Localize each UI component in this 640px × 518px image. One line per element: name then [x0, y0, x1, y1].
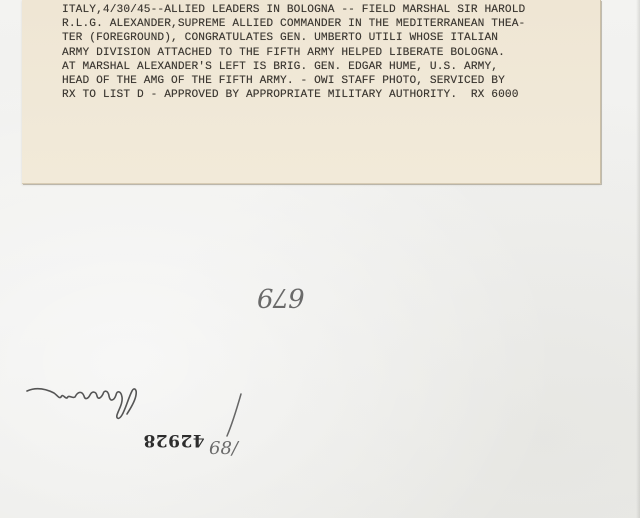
caption-line: AT MARSHAL ALEXANDER'S LEFT IS BRIG. GEN… — [62, 60, 525, 74]
caption-line: R.L.G. ALEXANDER,SUPREME ALLIED COMMANDE… — [62, 17, 525, 31]
caption-line: TER (FOREGROUND), CONGRATULATES GEN. UMB… — [62, 31, 525, 45]
handwritten-bologna-mirrored — [24, 377, 149, 427]
caption-line: RX TO LIST D - APPROVED BY APPROPRIATE M… — [62, 88, 525, 102]
caption-line: HEAD OF THE AMG OF THE FIFTH ARMY. - OWI… — [62, 74, 525, 88]
caption-text: ITALY,4/30/45--ALLIED LEADERS IN BOLOGNA… — [62, 3, 525, 102]
handwritten-code-text: 68/ — [209, 438, 240, 458]
typed-caption-label: ITALY,4/30/45--ALLIED LEADERS IN BOLOGNA… — [22, 0, 601, 184]
paper-edge-shadow — [636, 0, 640, 518]
caption-line: ITALY,4/30/45--ALLIED LEADERS IN BOLOGNA… — [62, 3, 525, 17]
handwritten-number: 679 — [258, 282, 305, 312]
stamped-number: 42928 — [143, 430, 205, 450]
caption-line: ARMY DIVISION ATTACHED TO THE FIFTH ARMY… — [62, 46, 525, 60]
handwritten-code-mark: 68/ — [205, 392, 255, 458]
